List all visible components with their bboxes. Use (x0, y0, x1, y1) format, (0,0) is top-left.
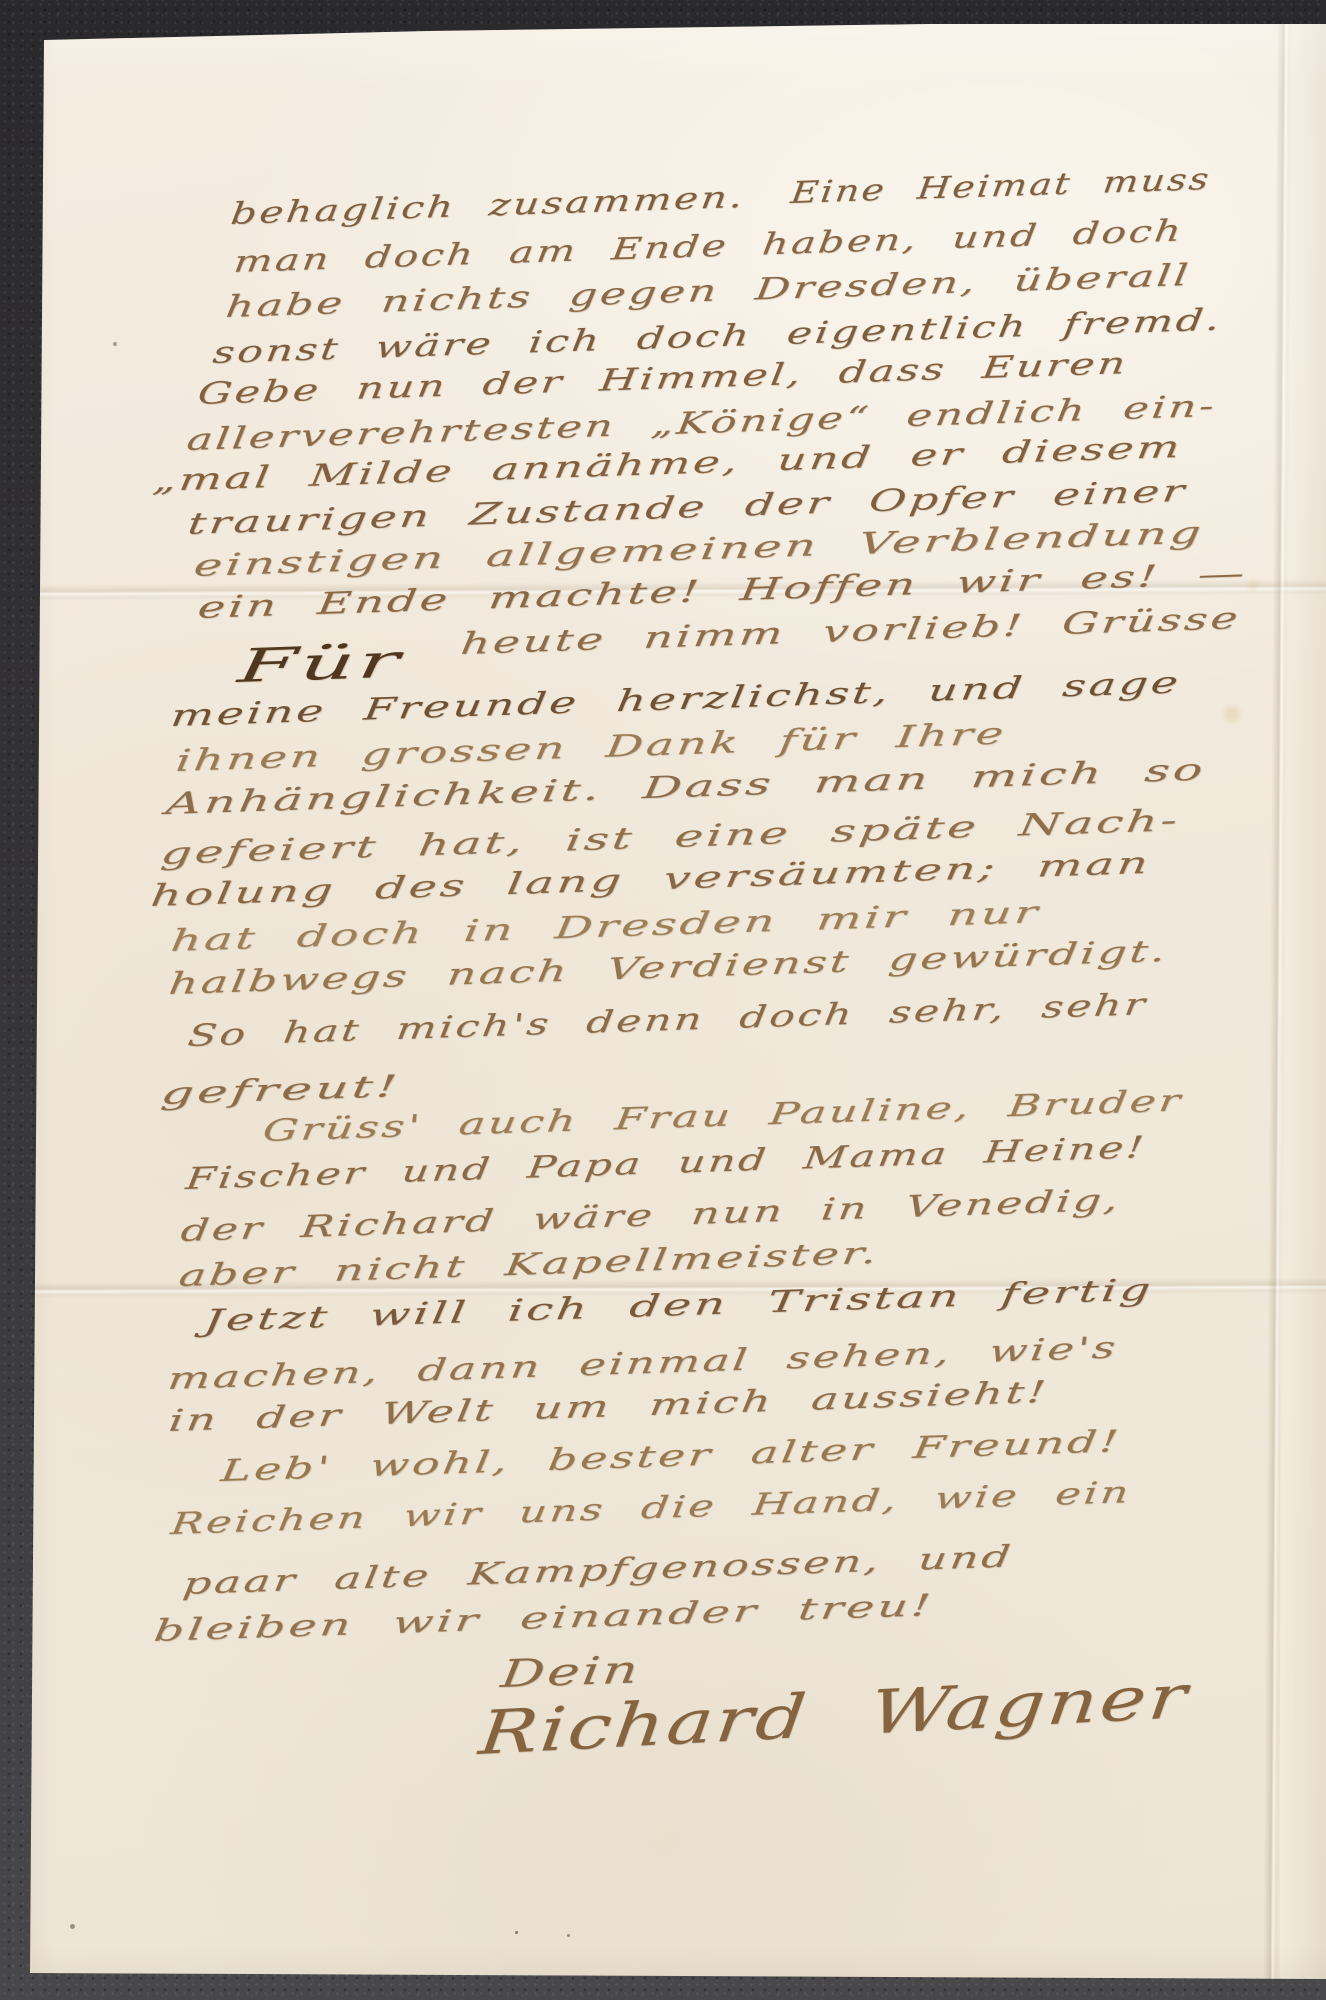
photo-backdrop: behaglich zusammen.Eine Heimat mussman d… (0, 0, 1326, 2000)
handwriting-line: hat doch in Dresden mir nur (169, 896, 1043, 959)
handwriting-line: in der Welt um mich aussieht! (167, 1376, 1051, 1440)
handwriting-line: Gebe nun der Himmel, dass Euren (196, 347, 1130, 413)
handwriting-line: halbwegs nach Verdienst gewürdigt. (167, 935, 1170, 1003)
handwriting-line: ihnen grossen Dank für Ihre (174, 717, 1009, 779)
handwriting-line: Reichen wir uns die Hand, wie ein (169, 1476, 1133, 1543)
fold-crease-horizontal-1 (0, 579, 1326, 601)
handwriting-line: behaglich zusammen. (229, 181, 747, 233)
handwriting-line: machen, dann einmal sehen, wie's (166, 1331, 1120, 1397)
handwriting-line: einstigen allgemeinen Verblendung (192, 516, 1206, 584)
handwriting-line: traurigen Zustande der Opfer einer (186, 475, 1189, 543)
handwriting-line: So hat mich's denn doch sehr, sehr (186, 988, 1150, 1054)
handwriting-line: Für (235, 634, 406, 693)
paper-stain (1248, 580, 1258, 590)
closing-line: Dein (498, 1648, 643, 1697)
handwriting-line: Jetzt will ich den Tristan fertig (202, 1273, 1156, 1339)
handwriting-line: Anhänglichkeit. Dass man mich so (164, 753, 1208, 822)
handwriting-line: Fischer und Papa und Mama Heine! (184, 1131, 1148, 1198)
handwriting-line: gefeiert hat, ist eine späte Nach- (159, 804, 1182, 872)
paper-stain (567, 1934, 570, 1937)
handwriting-line: man doch am Ende haben, und doch (232, 214, 1186, 280)
handwriting-line: meine Freunde herzlichst, und sage (169, 666, 1183, 734)
paper-stain (70, 1924, 75, 1929)
signature-line: Richard Wagner (476, 1663, 1192, 1770)
handwriting-line: aber nicht Kapellmeister. (177, 1237, 882, 1295)
paper-stain (515, 1931, 518, 1934)
handwriting-line: sonst wäre ich doch eigentlich fremd. (211, 303, 1224, 371)
handwriting-line: Leb' wohl, bester alter Freund! (219, 1425, 1123, 1490)
handwriting-line: holung des lang versäumten; man (149, 847, 1153, 915)
paper-stain (1224, 706, 1240, 722)
handwriting-line: der Richard wäre nun in Venedig, (179, 1184, 1123, 1250)
handwriting-line: gefreut! (159, 1070, 402, 1113)
handwriting-line: heute nimm vorlieb! Grüsse (459, 602, 1243, 663)
letter-sheet: behaglich zusammen.Eine Heimat mussman d… (0, 0, 1326, 2000)
fold-crease-vertical (1263, 14, 1293, 1979)
handwriting-line: „mal Milde annähme, und er diesem (151, 431, 1185, 500)
handwriting-line: habe nichts gegen Dresden, überall (224, 259, 1193, 326)
handwriting-line: Grüss' auch Frau Pauline, Bruder (261, 1084, 1185, 1149)
handwriting-line: bleiben wir einander treu! (152, 1589, 936, 1650)
handwriting-line: allerverehrtesten „Könige“ endlich ein- (185, 390, 1219, 459)
second-leaf-edge (1280, 14, 1326, 1979)
fold-crease-horizontal-2 (0, 1278, 1326, 1299)
paper-stain (113, 342, 117, 346)
handwriting-line: Eine Heimat muss (789, 163, 1213, 212)
handwriting-line: ein Ende machte! Hoffen wir es! — (196, 557, 1250, 626)
text-layer: behaglich zusammen.Eine Heimat mussman d… (0, 0, 1326, 2000)
handwriting-line: paar alte Kampfgenossen, und (181, 1540, 1015, 1602)
